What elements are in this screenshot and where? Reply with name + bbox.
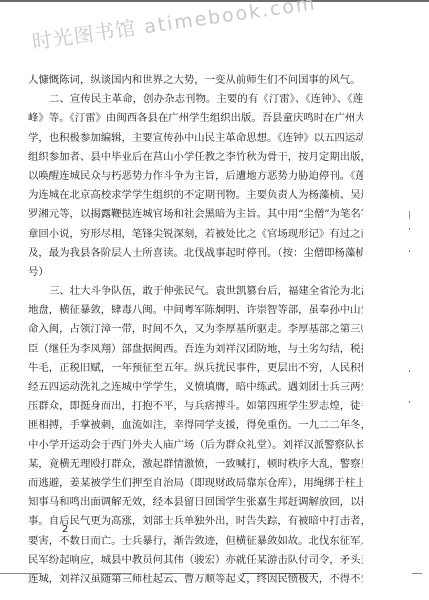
scan-artifact [409, 228, 410, 230]
text-line: 而逃避，姜某被学生们押至自治局（即现财政局靠东仓库），用绳绑于柱上。县 [28, 474, 363, 493]
text-line: 人慷慨陈词，纵谈国内和世界之大势，一变从前师生们不问国事的风气。 [28, 71, 363, 90]
scan-bottom-edge [160, 573, 190, 574]
text-line: 为连城在北京高校求学学生组织的不定期刊物。主要负责人为杨藻桢、吴远容、 [28, 186, 363, 205]
text-line: 组织参加者、县中毕业后在莒山小学任教之李竹秋为骨干，按月定期出版， [28, 148, 363, 167]
text-line: 臣（继任为李凤翔）部盘据闽西。吾连为刘祥汉团防地，与土劣勾结，税捐多如 [28, 340, 363, 359]
scan-bottom-edge [100, 573, 132, 574]
scan-artifact [409, 401, 410, 403]
text-line: 地盘，横征暴敛，肆毒八闽。中间粤军陈炯明、许崇智等部，虽奉孙中山先生之 [28, 301, 363, 320]
text-line: 峰》等。《汀雷》由闽西各县在广州学生组织出版。吾县童庆鸣时在广州大学求 [28, 109, 363, 128]
text-line: 二、宣传民主革命，创办杂志刊物。主要的有《汀雷》、《连钟》、《莲 [28, 90, 363, 109]
watermark-chinese: 时光图书馆 [31, 16, 138, 54]
scan-artifact [409, 370, 410, 372]
text-line: 民军纷起响应，城县中教员何其伟（骏宏）亦就任某游击队付司令，矛头直指 [28, 551, 363, 570]
text-line: 命入闽，占领汀漳一带，时间不久，又为李厚基所驱走。李厚基部之第三师王献 [28, 320, 363, 339]
watermark: 时光图书馆atimebook.com [30, 0, 318, 55]
text-line: 号） [28, 263, 363, 282]
text-line: 经五四运动洗礼之连城中学学生，义愤填膺，暗中练武。遇刘团士兵三两外出欺 [28, 378, 363, 397]
scan-bottom-edge [412, 573, 422, 574]
text-line: 三、壮大斗争队伍，敢于伸张民气。袁世凯篡台后，福建全省沦为北洋军阀 [28, 282, 363, 301]
text-line: 学，也积极参加编辑，主要宣传孙中山民主革命思想。《连钟》以五四运动主要 [28, 129, 363, 148]
scan-artifact [409, 211, 410, 219]
text-line: 事。自后民气更为高涨，刘部士兵单独外出，时告失踪，有被暗中打击者，每中 [28, 512, 363, 531]
text-line: 牛毛，正税旧赋，一年预征至五年。纵兵扰民事件，更层出不穷，人民积愤已极。 [28, 359, 363, 378]
watermark-english: atimebook.com [143, 0, 318, 38]
text-line: 匪相搏，手掌被刺，血流如注，幸得同学支援，得免重伤。一九二二年冬，全县 [28, 416, 363, 435]
text-line: 罗湘元等，以揭露鞭挞连城官场和社会黑暗为主旨。其中用“尘僧”为笔名写的 [28, 205, 363, 224]
text-line: 中小学开运动会于西门外夫人庙广场（后为群众礼堂）。刘祥汉派警察队长姜 [28, 436, 363, 455]
text-line: 以唤醒连城民众与朽恶势力作斗争为主旨，后遭地方恶势力胁迫停刊。《莲峰》 [28, 167, 363, 186]
text-line: 压群众，即挺身而出，打抱不平，与兵痞搏斗。如第四班学生罗志煌，徒手与兵 [28, 397, 363, 416]
scan-bottom-edge [242, 573, 318, 574]
document-body: 人慷慨陈词，纵谈国内和世界之大势，一变从前师生们不问国事的风气。二、宣传民主革命… [28, 71, 363, 589]
text-line: 知事马和鸣出面调解无效，经本县留日回国学生张嘉生邦赶调解放回，以撤职了 [28, 493, 363, 512]
page-number: 2 [62, 524, 68, 535]
scan-artifact [409, 250, 410, 252]
text-line: 某，竟横无理殴打群众，激起群情激愤，一致喊打，顿时秩序大乱，警察见势不妙 [28, 455, 363, 474]
text-line: 要害，不数日而亡。士兵暴行，渐告敛迹，但横征暴敛如故。北伐东征军入闽， [28, 532, 363, 551]
text-line: 章回小说，穷形尽相，笔锋尖锐深刻，若被处比之《官场现形记》有过之而无不 [28, 225, 363, 244]
text-line: 及，最为我县各阶层人士所喜读。北伐战事起时停刊。（按：尘僧即杨藻桢别 [28, 244, 363, 263]
scan-bottom-edge [0, 573, 42, 574]
